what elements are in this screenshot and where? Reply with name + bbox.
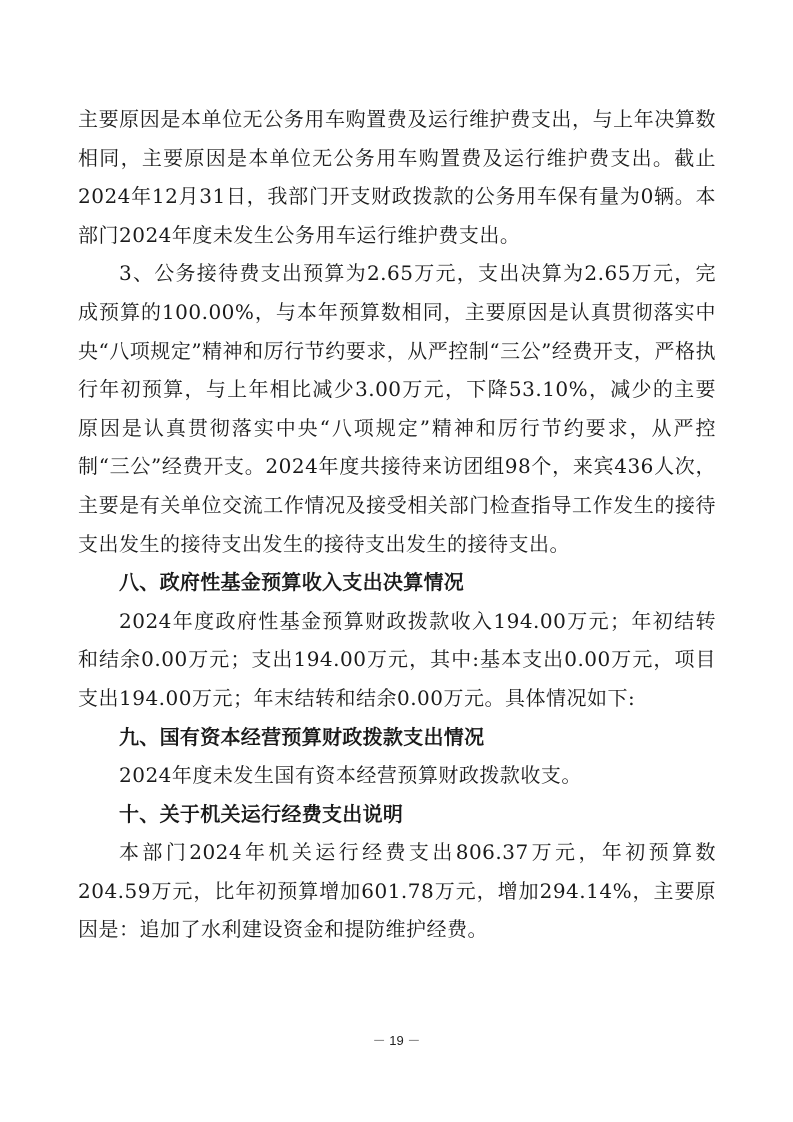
heading-government-fund: 八、政府性基金预算收入支出决算情况 [78, 563, 716, 602]
page-number: － 19 － [0, 1030, 793, 1049]
paragraph-reception-costs: 3、公务接待费支出预算为2.65万元，支出决算为2.65万元，完成预算的100.… [78, 254, 716, 563]
heading-state-capital: 九、国有资本经营预算财政拨款支出情况 [78, 718, 716, 757]
heading-operating-costs: 十、关于机关运行经费支出说明 [78, 795, 716, 834]
paragraph-vehicle-costs: 主要原因是本单位无公务用车购置费及运行维护费支出，与上年决算数相同，主要原因是本… [78, 100, 716, 254]
document-page: 主要原因是本单位无公务用车购置费及运行维护费支出，与上年决算数相同，主要原因是本… [78, 100, 716, 949]
paragraph-state-capital: 2024年度未发生国有资本经营预算财政拨款收支。 [78, 756, 716, 795]
paragraph-government-fund: 2024年度政府性基金预算财政拨款收入194.00万元；年初结转和结余0.00万… [78, 602, 716, 718]
paragraph-operating-costs: 本部门2024年机关运行经费支出806.37万元，年初预算数204.59万元，比… [78, 833, 716, 949]
